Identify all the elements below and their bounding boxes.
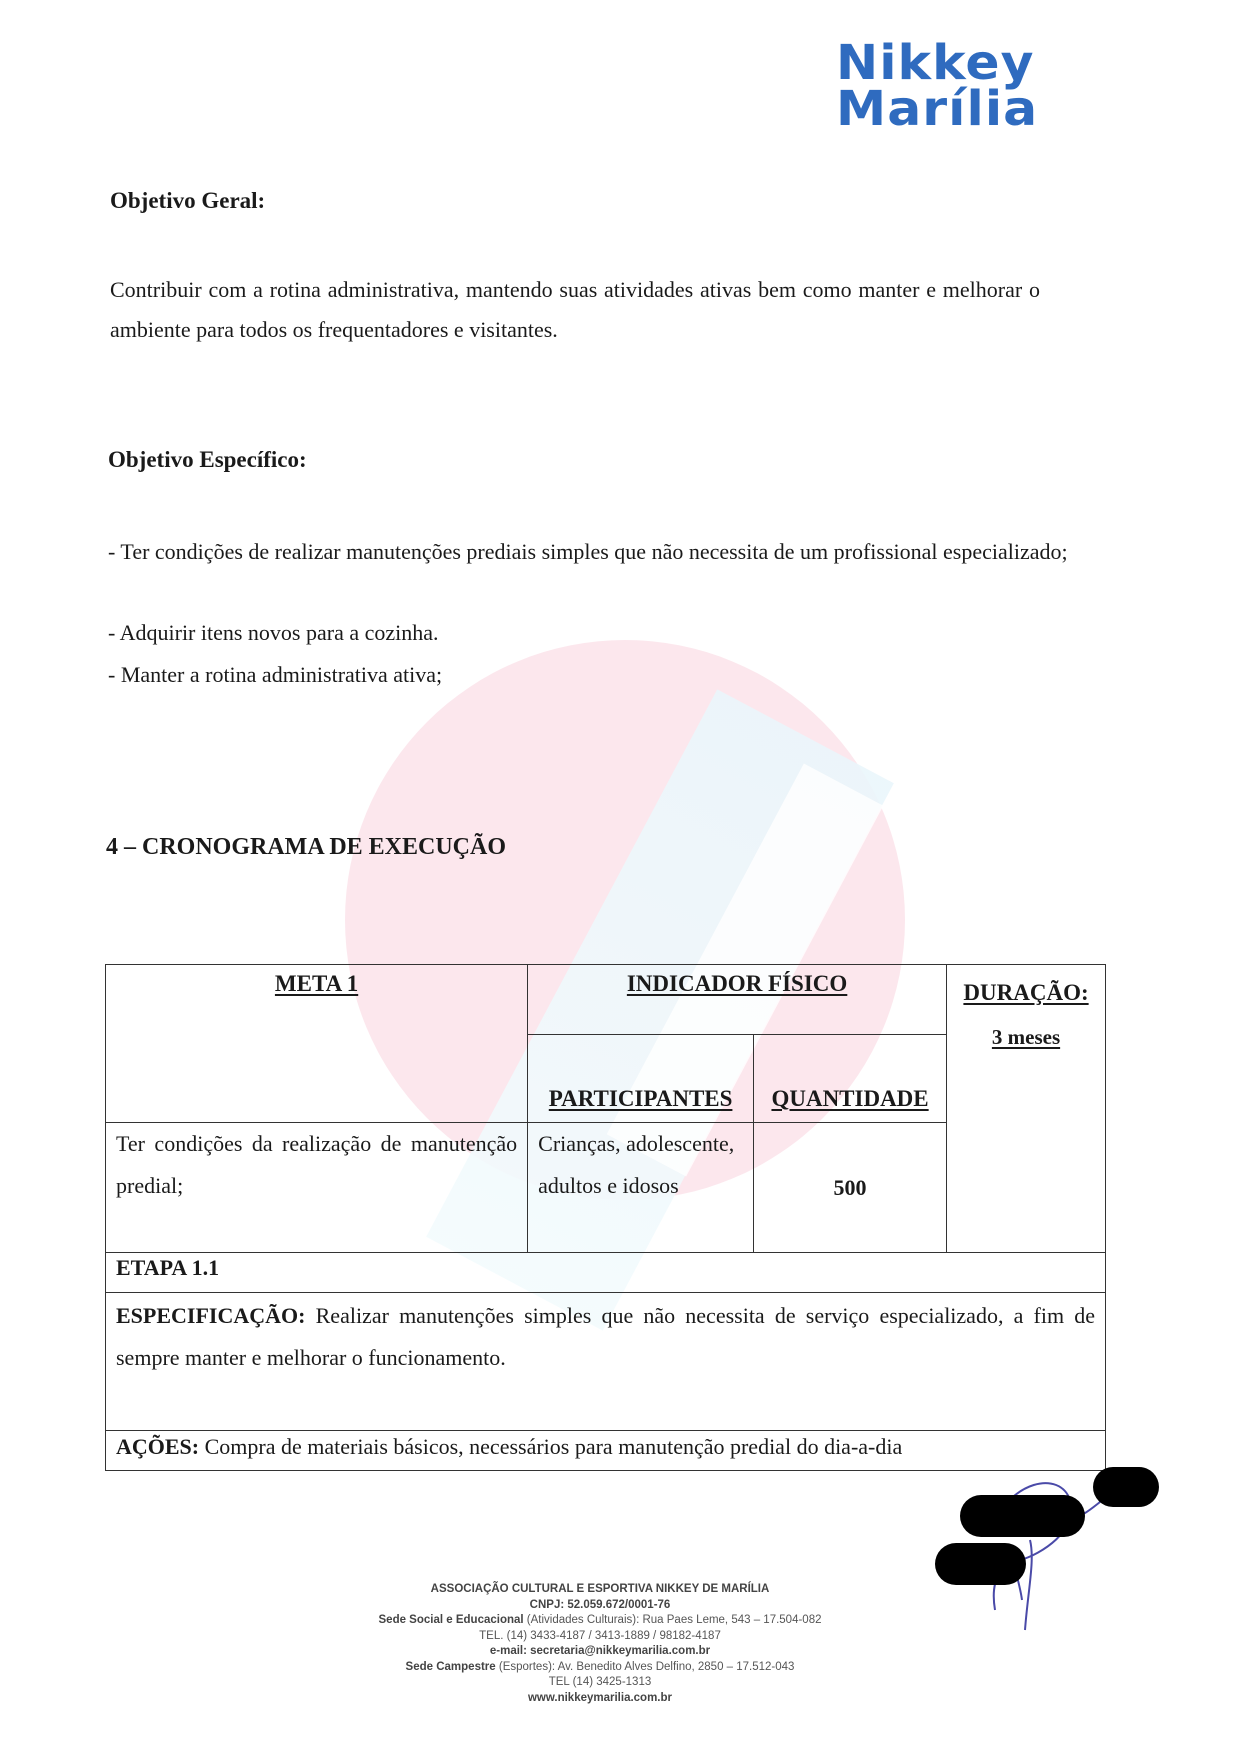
especificacao-cell: ESPECIFICAÇÃO: Realizar manutenções simp…	[106, 1293, 1106, 1431]
objetivo-geral-text: Contribuir com a rotina administrativa, …	[110, 270, 1040, 350]
redaction-block	[935, 1543, 1026, 1585]
footer: ASSOCIAÇÃO CULTURAL E ESPORTIVA NIKKEY D…	[300, 1582, 900, 1706]
section-title: 4 – CRONOGRAMA DE EXECUÇÃO	[106, 834, 506, 861]
duracao-cell: DURAÇÃO: 3 meses	[947, 965, 1106, 1253]
especificacao-label: ESPECIFICAÇÃO:	[116, 1303, 305, 1328]
duracao-value: 3 meses	[992, 1025, 1060, 1049]
duracao-header: DURAÇÃO:	[963, 980, 1088, 1005]
footer-tel-2: TEL (14) 3425-1313	[300, 1675, 900, 1691]
indicador-header-cell: INDICADOR FÍSICO	[528, 965, 947, 1035]
objetivo-especifico-item-1: - Ter condições de realizar manutenções …	[108, 532, 1096, 572]
participantes-header: PARTICIPANTES	[549, 1086, 733, 1111]
etapa-cell: ETAPA 1.1	[106, 1253, 1106, 1293]
footer-tel-1: TEL. (14) 3433-4187 / 3413-1889 / 98182-…	[300, 1629, 900, 1645]
objetivo-especifico-title: Objetivo Específico:	[108, 447, 307, 473]
cronograma-table: META 1 INDICADOR FÍSICO DURAÇÃO: 3 meses…	[105, 964, 1106, 1471]
footer-org: ASSOCIAÇÃO CULTURAL E ESPORTIVA NIKKEY D…	[431, 1583, 770, 1595]
quantidade-header-cell: QUANTIDADE	[754, 1035, 947, 1123]
footer-sede-social-text: (Atividades Culturais): Rua Paes Leme, 5…	[524, 1614, 822, 1626]
footer-sede-social-label: Sede Social e Educacional	[379, 1614, 524, 1626]
logo-line-2: Marília	[836, 86, 1078, 132]
footer-website[interactable]: www.nikkeymarilia.com.br	[528, 1692, 672, 1704]
etapa-label: ETAPA 1.1	[116, 1255, 219, 1280]
redaction-block	[1093, 1467, 1159, 1507]
participantes-header-cell: PARTICIPANTES	[528, 1035, 754, 1123]
meta-header: META 1	[275, 971, 358, 996]
indicador-header: INDICADOR FÍSICO	[627, 971, 847, 996]
logo-line-1: Nikkey	[836, 40, 1078, 86]
nikkey-marilia-logo: Nikkey Marília	[836, 40, 1066, 132]
objetivo-especifico-item-2: - Adquirir itens novos para a cozinha.	[108, 613, 439, 653]
acoes-text: Compra de materiais básicos, necessários…	[199, 1434, 902, 1459]
redaction-block	[960, 1495, 1085, 1537]
meta-text-cell: Ter condições da realização de manutençã…	[106, 1123, 528, 1253]
quantidade-header: QUANTIDADE	[771, 1086, 928, 1111]
participantes-value: Crianças, adolescente, adultos e idosos	[538, 1131, 734, 1198]
footer-email[interactable]: e-mail: secretaria@nikkeymarilia.com.br	[490, 1645, 710, 1657]
acoes-label: AÇÕES:	[116, 1434, 199, 1459]
meta-text: Ter condições da realização de manutençã…	[116, 1131, 517, 1198]
quantidade-value: 500	[834, 1175, 867, 1200]
footer-sede-campestre-text: (Esportes): Av. Benedito Alves Delfino, …	[496, 1661, 795, 1673]
meta-header-cell: META 1	[106, 965, 528, 1123]
quantidade-value-cell: 500	[754, 1123, 947, 1253]
participantes-value-cell: Crianças, adolescente, adultos e idosos	[528, 1123, 754, 1253]
objetivo-especifico-item-3: - Manter a rotina administrativa ativa;	[108, 655, 442, 695]
footer-cnpj: CNPJ: 52.059.672/0001-76	[530, 1599, 671, 1611]
footer-sede-campestre-label: Sede Campestre	[406, 1661, 496, 1673]
objetivo-geral-title: Objetivo Geral:	[110, 188, 265, 214]
